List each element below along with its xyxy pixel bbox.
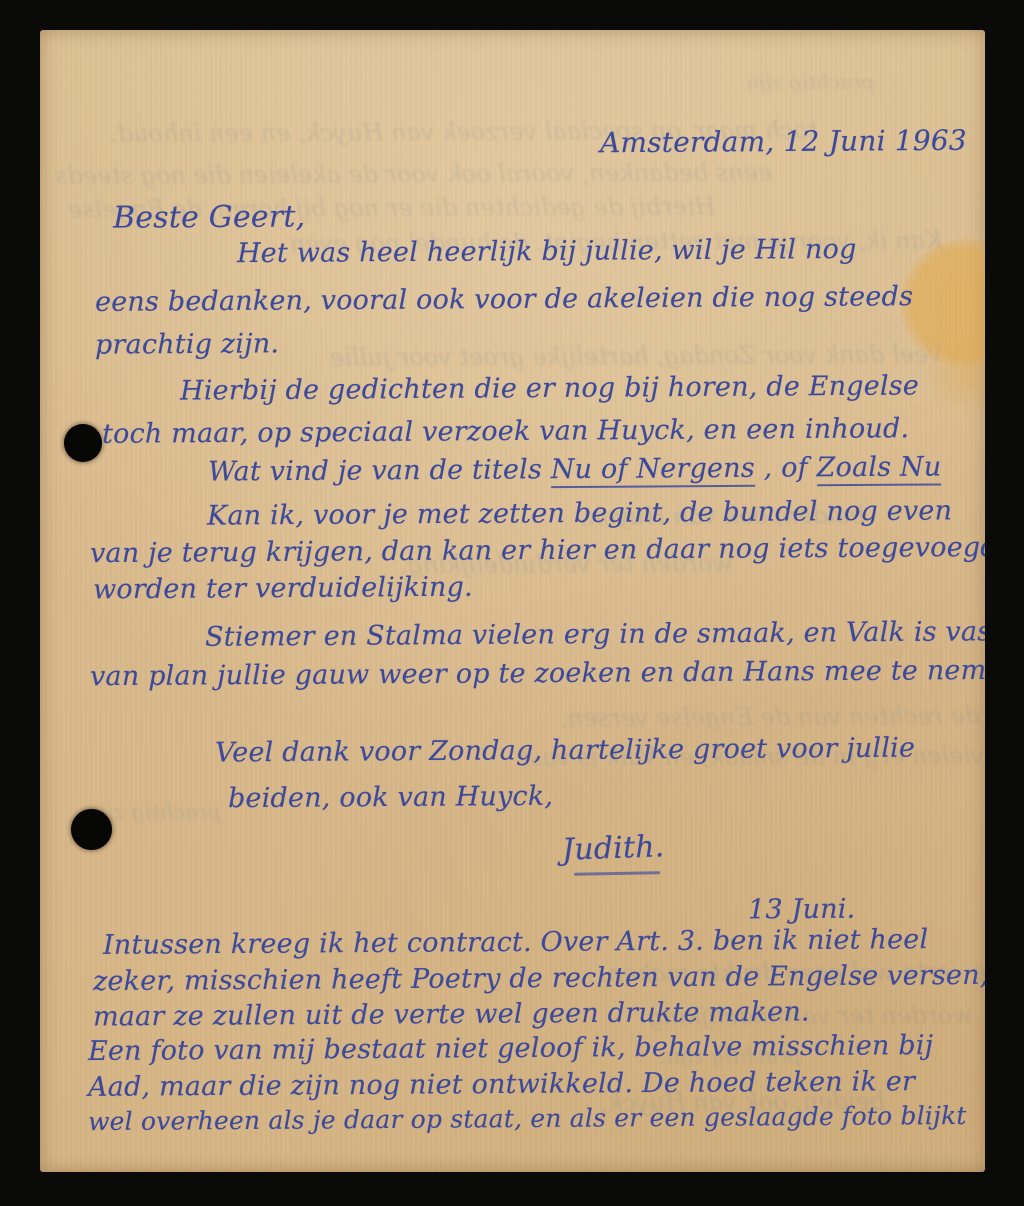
punch-hole (71, 809, 112, 850)
letter-line: van je terug krijgen, dan kan er hier en… (90, 532, 985, 569)
letter-line: Het was heel heerlijk bij jullie, wil je… (237, 234, 857, 269)
letter-line: Kan ik, voor je met zetten begint, de bu… (207, 495, 952, 531)
bleed-through-text: eens bedanken, vooral ook voor de akelei… (55, 158, 772, 190)
letter-second-dateline: 13 Juni. (748, 894, 856, 926)
signature-underline (574, 871, 660, 876)
letter-line: eens bedanken, vooral ook voor de akelei… (95, 281, 913, 318)
letter-paper: prachtig zijn. toch maar, op speciaal ve… (40, 30, 985, 1172)
scanner-background: prachtig zijn. toch maar, op speciaal ve… (0, 0, 1024, 1206)
title-zoals-nu: Zoals Nu (816, 451, 941, 486)
letter-line: Een foto van mij bestaat niet geloof ik,… (88, 1030, 933, 1067)
letter-line: Veel dank voor Zondag, hartelijke groet … (215, 733, 915, 769)
letter-line: Intussen kreeg ik het contract. Over Art… (103, 924, 928, 961)
letter-line: Hierbij de gedichten die er nog bij hore… (180, 370, 919, 406)
letter-line: maar ze zullen uit de verte wel geen dru… (93, 996, 810, 1032)
letter-line: zeker, misschien heeft Poetry de rechten… (93, 960, 985, 997)
punch-hole (64, 424, 102, 462)
letter-line: Aad, maar die zijn nog niet ontwikkeld. … (88, 1066, 915, 1103)
letter-line: worden ter verduidelijking. (93, 572, 473, 606)
titles-prefix: Wat vind je van de titels (208, 454, 551, 487)
letter-line: van plan jullie gauw weer op te zoeken e… (90, 655, 985, 692)
bleed-through-text: prachtig zijn. (740, 70, 874, 95)
title-nu-of-nergens: Nu of Nergens (551, 453, 755, 488)
letter-line: Stiemer en Stalma vielen erg in de smaak… (205, 616, 985, 653)
letter-line: prachtig zijn. (95, 328, 279, 360)
bleed-through-text: Veel dank voor Zondag, hartelijke groet … (330, 340, 943, 371)
letter-dateline: Amsterdam, 12 Juni 1963 (600, 124, 967, 160)
letter-line: toch maar, op speciaal verzoek van Huyck… (102, 413, 909, 450)
bleed-through-text: zeker, misschien heeft Poetry de rechten… (560, 700, 985, 732)
letter-salutation: Beste Geert, (113, 199, 306, 235)
titles-mid: , of (755, 452, 817, 483)
letter-signature: Judith. (561, 829, 665, 868)
letter-line: wel overheen als je daar op staat, en al… (88, 1101, 967, 1136)
letter-line: beiden, ook van Huyck, (228, 781, 553, 814)
letter-line-titles: Wat vind je van de titels Nu of Nergens … (208, 451, 942, 487)
